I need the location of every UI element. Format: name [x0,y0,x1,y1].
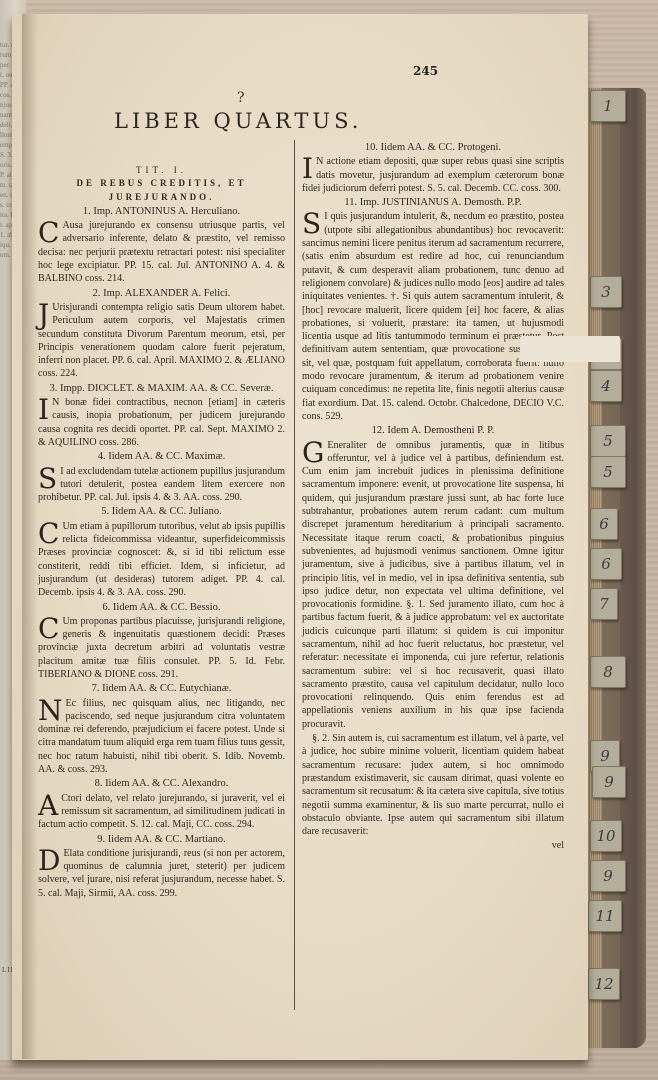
law-heading: 7. Iidem AA. & CC. Eutychianæ. [38,682,285,695]
law-text: N bonæ fidei contractibus, necnon [etiam… [38,397,285,448]
dropcap: I [38,398,49,422]
thumb-tab[interactable]: 6 [590,508,618,540]
law-entry: 10. Iidem AA. & CC. Protogeni. IN action… [302,141,564,195]
column-rule [294,140,295,1010]
thumb-tab[interactable]: 5 [590,425,626,457]
dropcap: S [302,212,321,236]
law-entry: 4. Iidem AA. & CC. Maximæ. SI ad exclude… [38,450,285,504]
page-number: 245 [413,64,438,78]
catchword: vel [302,839,564,852]
law-entry: 2. Imp. ALEXANDER A. Felici. JUrisjurand… [38,287,285,381]
thumb-tab[interactable]: 3 [590,276,622,308]
thumb-tab[interactable]: 12 [588,968,620,1000]
thumb-tab[interactable]: 8 [590,656,626,688]
law-text-block: CUm etiam à pupillorum tutoribus, velut … [38,520,285,600]
dropcap: C [38,617,59,641]
law-entry: 11. Imp. JUSTINIANUS A. Demosth. P.P. SI… [302,196,564,423]
thumb-tab[interactable]: 4 [590,370,622,402]
law-heading: 3. Impp. DIOCLET. & MAXIM. AA. & CC. Sev… [38,382,285,395]
law-text: Ec filius, nec quisquam alius, nec litig… [38,698,285,775]
law-entry: 8. Iidem AA. & CC. Alexandro. ACtori del… [38,777,285,831]
gutter-shadow [22,14,38,1059]
law-heading: 2. Imp. ALEXANDER A. Felici. [38,287,285,300]
law-heading: 11. Imp. JUSTINIANUS A. Demosth. P.P. [302,196,564,209]
law-entry: 9. Iidem AA. & CC. Martiano. DElata cond… [38,833,285,900]
law-text-block: NEc filius, nec quisquam alius, nec liti… [38,697,285,777]
thumb-tab[interactable]: 9 [592,766,626,798]
law-text-block: GEneraliter de omnibus juramentis, quæ i… [302,439,564,732]
thumb-tab[interactable]: 7 [590,588,618,620]
law-heading: 1. Imp. ANTONINUS A. Herculiano. [38,205,285,218]
law-heading: 10. Iidem AA. & CC. Protogeni. [302,141,564,154]
law-heading: 4. Iidem AA. & CC. Maximæ. [38,450,285,463]
dropcap: G [302,441,324,465]
thumb-tab[interactable]: 10 [590,820,622,852]
title-label: TIT. I. [38,164,285,177]
dropcap: I [302,157,313,181]
dropcap: C [38,221,59,245]
law-paragraph: §. 2. Sin autem is, cui sacramentum est … [302,732,564,838]
law-text-block: DElata conditione jurisjurandi, reus (si… [38,847,285,900]
section-rubric: DE REBUS CREDITIS, ET JUREJURANDO. [38,177,285,204]
law-heading: 8. Iidem AA. & CC. Alexandro. [38,777,285,790]
bookmark-ribbon[interactable] [520,336,620,362]
law-text-block: JUrisjurandi contempta religio satis Deu… [38,301,285,381]
law-text: N actione etiam depositi, quæ super rebu… [302,156,564,194]
law-text-block: CUm proponas partibus placuisse, jurisju… [38,615,285,681]
law-text: Ctori delato, vel relato jurejurando, si… [38,793,285,831]
law-text: Um proponas partibus placuisse, jurisjur… [38,616,285,680]
law-text-block: CAusa jurejurando ex consensu utriusque … [38,219,285,285]
dropcap: S [38,467,57,491]
law-heading: 5. Iidem AA. & CC. Juliano. [38,505,285,518]
dropcap: C [38,522,59,546]
law-heading: 9. Iidem AA. & CC. Martiano. [38,833,285,846]
law-entry: 6. Iidem AA. & CC. Bessio. CUm proponas … [38,601,285,682]
law-text-block: ACtori delato, vel relato jurejurando, s… [38,792,285,832]
dropcap: J [38,303,49,327]
law-text: Elata conditione jurisjurandi, reus (si … [38,848,285,899]
law-text: I quis jusjurandum intulerit, &, necdum … [302,211,564,421]
law-entry: 12. Idem A. Demostheni P. P. GEneraliter… [302,424,564,731]
law-heading: 12. Idem A. Demostheni P. P. [302,424,564,437]
dropcap: N [38,699,63,723]
law-entry: 3. Impp. DIOCLET. & MAXIM. AA. & CC. Sev… [38,382,285,449]
law-entry: 1. Imp. ANTONINUS A. Herculiano. CAusa j… [38,205,285,286]
law-text-block: IN bonæ fidei contractibus, necnon [etia… [38,396,285,449]
law-text-block: IN actione etiam depositi, quæ super reb… [302,155,564,195]
law-text: Um etiam à pupillorum tutoribus, velut a… [38,521,285,598]
law-entry: 7. Iidem AA. & CC. Eutychianæ. NEc filiu… [38,682,285,776]
law-text: I ad excludendam tutelæ actionem pupillu… [38,466,285,504]
thumb-tab[interactable]: 1 [590,90,626,122]
law-entry: 5. Iidem AA. & CC. Juliano. CUm etiam à … [38,505,285,599]
thumb-tab[interactable]: 9 [590,860,626,892]
law-text: Eneraliter de omnibus juramentis, quæ in… [302,440,564,730]
law-entry: §. 2. Sin autem is, cui sacramentum est … [302,732,564,838]
law-text: Urisjurandi contempta religio satis Deum… [38,302,285,379]
law-heading: 6. Iidem AA. & CC. Bessio. [38,601,285,614]
thumb-tab[interactable]: 6 [590,548,622,580]
thumb-tab[interactable]: 11 [588,900,622,932]
law-text-block: SI ad excludendam tutelæ actionem pupill… [38,465,285,505]
law-text-block: SI quis jusjurandum intulerit, &, necdum… [302,210,564,423]
signature-mark: ? [237,90,245,106]
right-column: 10. Iidem AA. & CC. Protogeni. IN action… [302,140,564,853]
thumb-tab[interactable]: 5 [590,456,626,488]
book-page: 245 ? LIBER QUARTUS. TIT. I. DE REBUS CR… [12,14,588,1060]
left-column: TIT. I. DE REBUS CREDITIS, ET JUREJURAND… [38,164,285,901]
book-cover [620,88,646,1048]
book-title: LIBER QUARTUS. [114,109,384,133]
dropcap: A [38,794,58,818]
law-text: Ausa jurejurando ex consensu utriusque p… [38,220,285,284]
dropcap: D [38,849,60,873]
